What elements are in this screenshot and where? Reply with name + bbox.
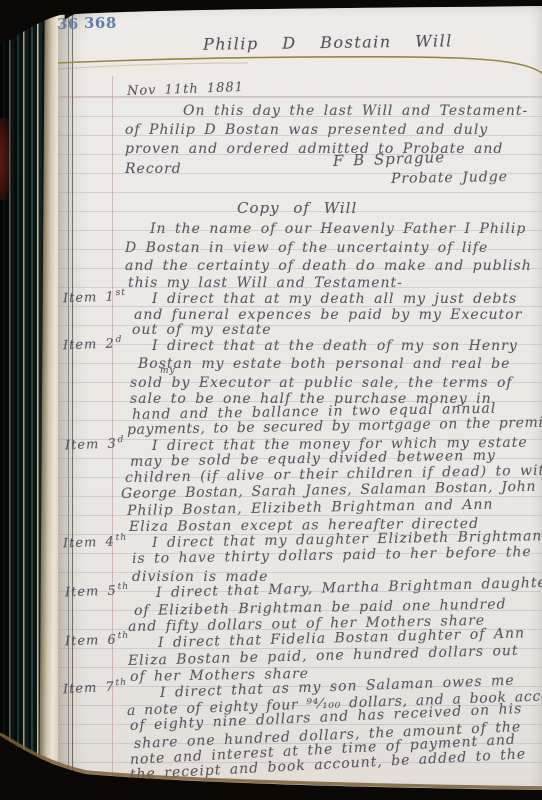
- handwriting-line-item-1-text: I direct that at my death all my just de…: [152, 291, 517, 308]
- handwriting-line-will-preamble: and the certainty of death do make and p…: [125, 258, 532, 275]
- header-olive-rule: [58, 50, 542, 80]
- handwriting-line-probate-entry: Record: [125, 161, 182, 178]
- gutter-rule-line-dark: [72, 10, 73, 780]
- handwriting-line-will-preamble: In the name of our Heavenly Father I Phi…: [150, 221, 526, 238]
- item-marker-item-5: Item 5th: [65, 582, 130, 601]
- item-marker-item-2: Item 2d: [63, 335, 123, 354]
- handwriting-line-item-2-text: sold by Executor at public sale, the ter…: [130, 375, 513, 392]
- binding-red-patch: [0, 118, 9, 200]
- page-title: Philip D Bostain Will: [203, 31, 453, 53]
- page-number-stamp: 368: [84, 14, 117, 32]
- page-number-partial: 36: [57, 15, 79, 33]
- handwriting-line-item-2-text: I direct that at the death of my son Hen…: [152, 338, 518, 355]
- handwriting-line-probate-entry: proven and ordered admitted to Probate a…: [125, 141, 503, 158]
- item-marker-item-3: Item 3d: [65, 435, 125, 454]
- handwriting-line-will-preamble: D Bostan in view of the uncertainty of l…: [125, 240, 488, 257]
- record-book-photo: 36 368 Philip D Bostain Will Nov 11th 18…: [0, 0, 542, 800]
- handwriting-line-will-preamble: this my last Will and Testament-: [128, 275, 403, 292]
- handwriting-line-will-heading: Copy of Will: [237, 199, 357, 217]
- item-marker-item-6: Item 6th: [65, 631, 130, 650]
- left-margin-red-line: [112, 76, 113, 776]
- handwriting-line-signature-title: Probate Judge: [391, 169, 508, 188]
- item-marker-item-4: Item 4th: [63, 533, 128, 552]
- handwriting-line-probate-entry: of Philip D Bostan was presented and dul…: [125, 122, 488, 139]
- item-marker-item-1: Item 1st: [63, 288, 127, 307]
- handwriting-line-item-2-text: Bostan my estate both personal and real …: [138, 356, 510, 373]
- handwriting-line-probate-entry: On this day the last Will and Testament-: [183, 103, 528, 120]
- gutter-rule-line: [68, 10, 69, 780]
- item-marker-item-7: Item 7th: [63, 678, 128, 698]
- handwriting-line-item-1-text: out of my estate: [132, 322, 272, 339]
